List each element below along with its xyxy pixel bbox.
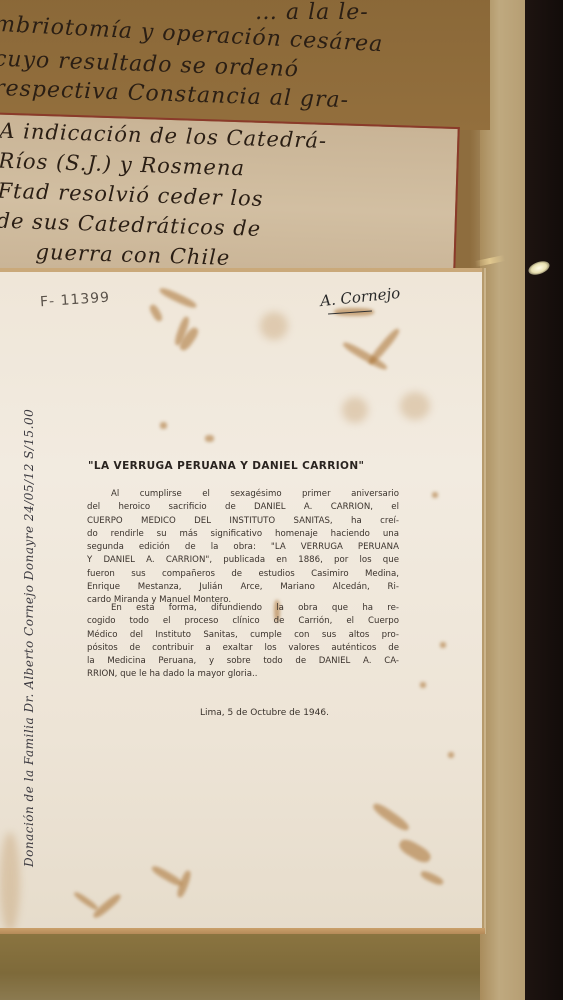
stain bbox=[260, 312, 288, 340]
handwritten-margin-note: Donación de la Familia Dr. Alberto Corne… bbox=[22, 409, 36, 867]
dateline: Lima, 5 de Octubre de 1946. bbox=[200, 708, 329, 718]
dark-case-edge bbox=[525, 0, 563, 1000]
stain bbox=[73, 891, 99, 912]
stain bbox=[366, 327, 401, 367]
stain bbox=[160, 422, 167, 429]
stain bbox=[397, 836, 433, 865]
handwritten-line: A indicación de los Catedrá- bbox=[0, 119, 327, 153]
stain bbox=[342, 397, 368, 423]
handwritten-line: Ríos (S.J.) y Rosmena bbox=[0, 149, 245, 181]
stain bbox=[432, 492, 438, 498]
stain bbox=[420, 682, 426, 688]
catalog-number: F- 11399 bbox=[40, 290, 111, 311]
text-line: cogido todo el proceso clínico de Carrió… bbox=[87, 615, 399, 628]
handwritten-line: de sus Catedráticos de bbox=[0, 209, 261, 241]
stain bbox=[371, 801, 411, 833]
text-line: CUERPO MEDICO DEL INSTITUTO SANITAS, ha … bbox=[87, 515, 399, 528]
display-shelf bbox=[0, 934, 480, 1000]
text-line: Y DANIEL A. CARRION", publicada en 1886,… bbox=[87, 554, 399, 567]
display-case-side-panel bbox=[480, 0, 528, 1000]
stain bbox=[419, 869, 444, 886]
text-line: do rendirle su más significativo homenaj… bbox=[87, 528, 399, 541]
text-line: pósitos de contribuir a exaltar los valo… bbox=[87, 642, 399, 655]
stain bbox=[400, 392, 430, 420]
signature: A. Cornejo bbox=[319, 284, 401, 310]
text-line: segunda edición de la obra: "LA VERRUGA … bbox=[87, 541, 399, 554]
text-line: la Medicina Peruana, y sobre todo de DAN… bbox=[87, 655, 399, 668]
document-title: "LA VERRUGA PERUANA Y DANIEL CARRION" bbox=[88, 460, 468, 472]
stain bbox=[0, 832, 20, 932]
stain bbox=[148, 303, 164, 323]
text-line: RRION, que le ha dado la mayor gloria.. bbox=[87, 668, 399, 681]
stain bbox=[440, 642, 446, 648]
printed-page: F- 11399 A. Cornejo Donación de la Famil… bbox=[0, 268, 482, 934]
handwritten-line: guerra con Chile bbox=[35, 240, 230, 270]
text-line: Enrique Mestanza, Julián Arce, Mariano A… bbox=[87, 581, 399, 594]
handwritten-line: … a la le- bbox=[255, 0, 369, 25]
text-line: fueron sus compañeros de estudios Casimi… bbox=[87, 568, 399, 581]
paragraph-2: En esta forma, difundiendo la obra que h… bbox=[87, 602, 399, 682]
handwritten-line: Ftad resolvió ceder los bbox=[0, 179, 264, 211]
paragraph-1: Al cumplirse el sexagésimo primer aniver… bbox=[87, 488, 399, 608]
stain bbox=[448, 752, 454, 758]
stain bbox=[158, 286, 198, 310]
text-line: En esta forma, difundiendo la obra que h… bbox=[87, 602, 399, 615]
handwritten-letter-sheet: … a la le- mbriotomía y operación cesáre… bbox=[0, 0, 490, 130]
text-line: Al cumplirse el sexagésimo primer aniver… bbox=[87, 488, 399, 501]
text-line: del heroico sacrificio de DANIEL A. CARR… bbox=[87, 501, 399, 514]
stain bbox=[205, 435, 214, 442]
text-line: Médico del Instituto Sanitas, cumple con… bbox=[87, 629, 399, 642]
